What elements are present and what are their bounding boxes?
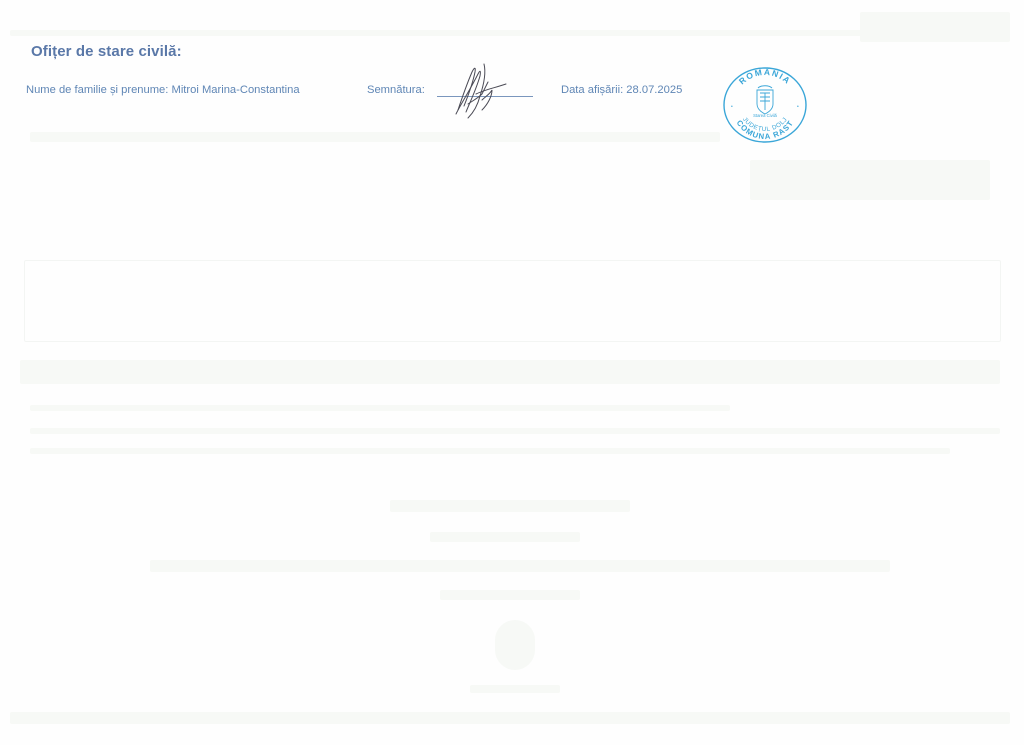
- coat-of-arms-icon: [757, 86, 773, 114]
- stamp-middle-text: Starea Civilă: [753, 113, 777, 118]
- bleed-through: [30, 448, 950, 454]
- date-value: 28.07.2025: [626, 84, 682, 96]
- bleed-through: [10, 30, 1000, 36]
- bleed-through: [440, 590, 580, 600]
- stamp-top-text: ROMÂNIA: [737, 66, 793, 86]
- svg-text:•: •: [797, 104, 799, 110]
- svg-text:ROMÂNIA: ROMÂNIA: [737, 66, 793, 86]
- bleed-through: [20, 360, 1000, 384]
- officer-heading: Ofițer de stare civilă:: [31, 43, 182, 60]
- bleed-through: [750, 160, 990, 200]
- bleed-through: [470, 685, 560, 693]
- svg-text:•: •: [731, 104, 733, 110]
- bleed-through: [860, 12, 1010, 42]
- name-value: Mitroi Marina-Constantina: [172, 84, 300, 96]
- bleed-through: [495, 620, 535, 670]
- bleed-through: [10, 712, 1010, 724]
- handwritten-signature-icon: [448, 60, 518, 120]
- bleed-through: [30, 132, 720, 142]
- date-label: Data afișării:: [561, 84, 623, 96]
- officer-name-line: Nume de familie și prenume: Mitroi Marin…: [26, 84, 300, 96]
- signature-label: Semnătura:: [367, 84, 425, 96]
- bleed-through-table: [24, 260, 1001, 342]
- bleed-through: [390, 500, 630, 512]
- bleed-through: [430, 532, 580, 542]
- document-page: Ofițer de stare civilă: Nume de familie …: [0, 0, 1024, 745]
- official-stamp: ROMÂNIA • • Starea Civilă JUDEȚUL DOLJ C…: [722, 66, 808, 144]
- bleed-through: [30, 405, 730, 411]
- bleed-through: [30, 428, 1000, 434]
- display-date-line: Data afișării: 28.07.2025: [561, 84, 682, 96]
- name-label: Nume de familie și prenume:: [26, 84, 168, 96]
- bleed-through: [150, 560, 890, 572]
